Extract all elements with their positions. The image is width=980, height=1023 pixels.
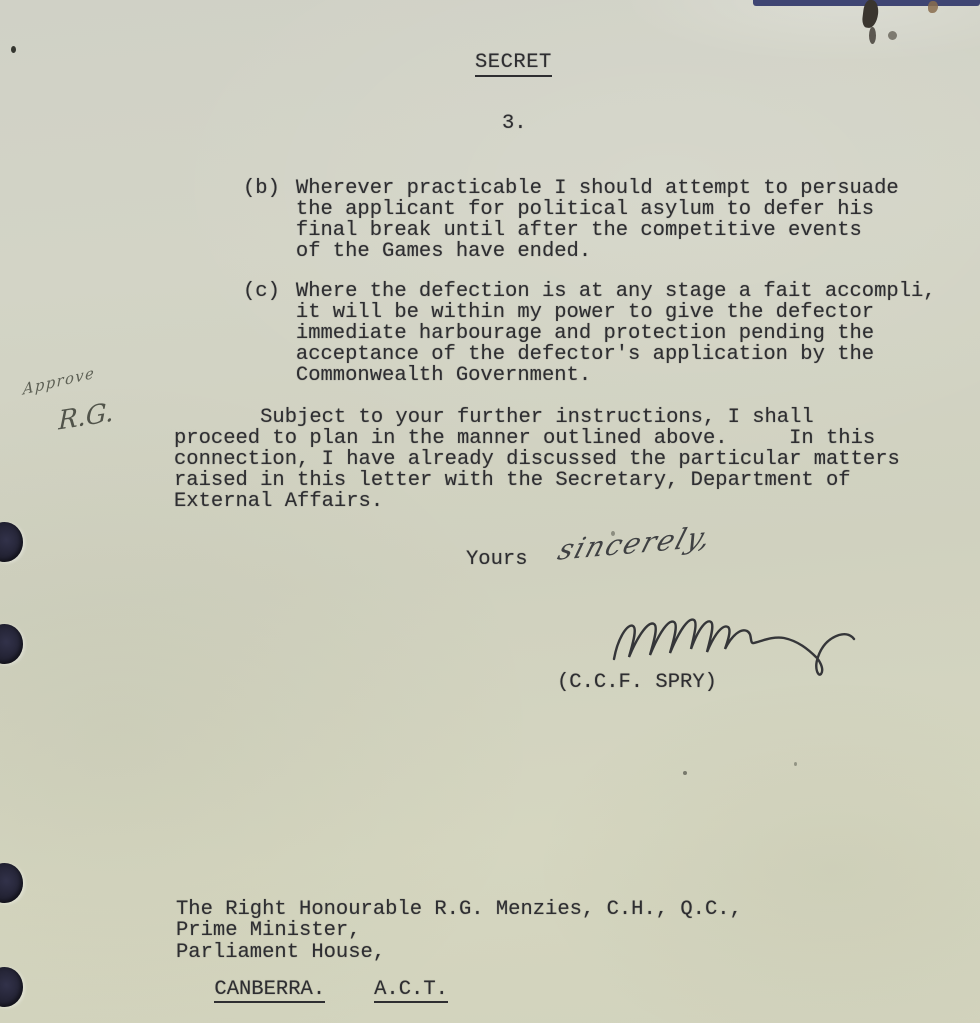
list-item-b-label: (b) [243, 179, 280, 263]
margin-annotation-word: Approve [23, 363, 96, 398]
paper-speck [683, 771, 687, 775]
recipient-address-city-line: CANBERRA.A.C.T. [176, 962, 448, 1021]
closing-salutation: Yours [466, 550, 528, 571]
tape-residue-mark [928, 1, 938, 13]
list-item-b: (b) Wherever practicable I should attemp… [243, 179, 899, 263]
recipient-address: The Right Honourable R.G. Menzies, C.H.,… [176, 899, 742, 963]
list-item-c-label: (c) [243, 282, 280, 387]
signature-name: (C.C.F. SPRY) [557, 673, 717, 694]
staple-mark [861, 0, 879, 29]
punch-hole [0, 522, 23, 562]
handwritten-sincerely: sincerely, [554, 520, 717, 567]
body-paragraph: Subject to your further instructions, I … [174, 408, 900, 513]
document-page: SECRET 3. (b) Wherever practicable I sho… [0, 0, 980, 1023]
address-territory: A.C.T. [374, 980, 448, 1003]
classification-banner: SECRET [475, 53, 552, 77]
punch-hole [0, 863, 23, 903]
margin-annotation-initials: R.G. [58, 397, 114, 436]
punch-hole [0, 624, 23, 664]
list-item-c: (c) Where the defection is at any stage … [243, 282, 936, 387]
address-city: CANBERRA. [214, 980, 325, 1003]
page-number: 3. [502, 114, 527, 135]
paper-speck [11, 46, 16, 53]
punch-hole [0, 967, 23, 1007]
list-item-c-text: Where the defection is at any stage a fa… [296, 282, 936, 387]
list-item-b-text: Wherever practicable I should attempt to… [296, 179, 899, 263]
ink-smudge [869, 27, 876, 44]
ink-smudge [888, 31, 897, 40]
paper-speck [794, 762, 797, 766]
